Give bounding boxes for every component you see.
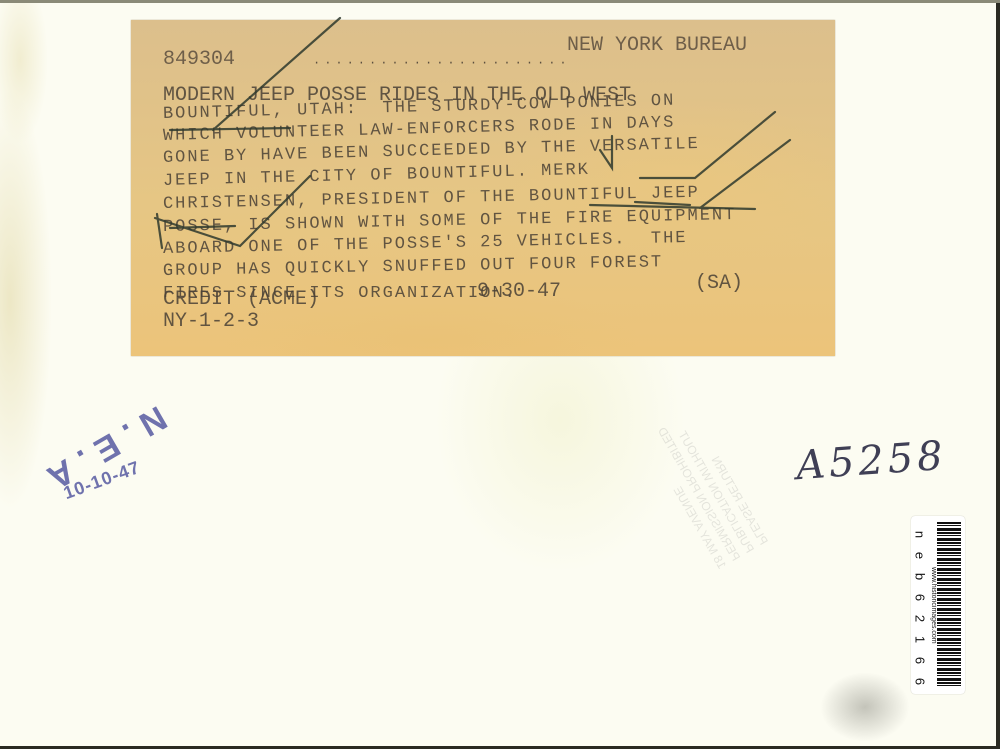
caption-date: 9-30-47 bbox=[477, 282, 561, 302]
caption-line: GROUP HAS QUICKLY SNUFFED OUT FOUR FORES… bbox=[163, 254, 664, 280]
bureau-name: NEW YORK BUREAU bbox=[567, 36, 747, 56]
routing-code: NY-1-2-3 bbox=[163, 312, 259, 332]
reference-number: 849304 bbox=[163, 50, 235, 70]
initials: (SA) bbox=[695, 274, 743, 294]
ink-smudge bbox=[820, 672, 910, 742]
barcode-sticker: n e b 6 2 1 6 6 www.historicimages.com bbox=[911, 516, 965, 694]
barcode-icon bbox=[937, 522, 961, 688]
top-edge bbox=[0, 0, 1000, 3]
dotted-leader: ······················· bbox=[313, 56, 571, 70]
caption-label: 849304 ······················· NEW YORK … bbox=[131, 20, 835, 356]
credit-line: CREDIT (ACME) bbox=[163, 290, 319, 310]
barcode-url: www.historicimages.com bbox=[925, 520, 937, 690]
